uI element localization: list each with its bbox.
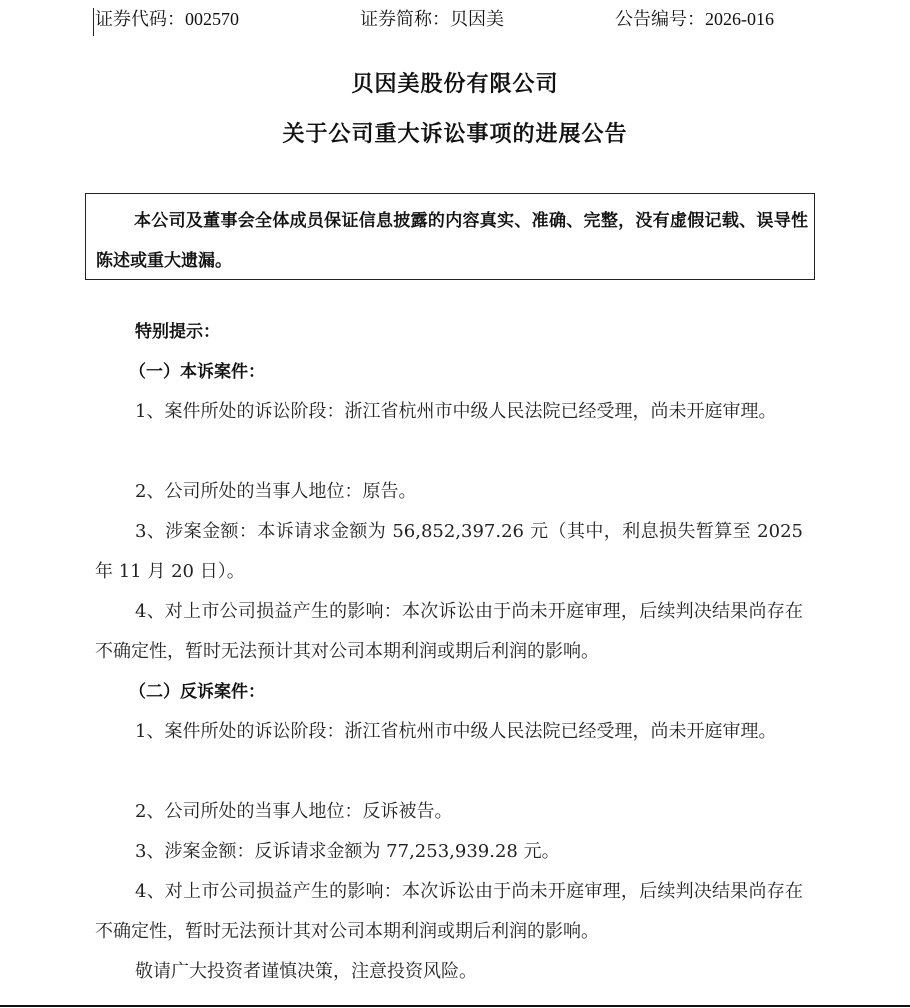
main-suit-item-2: 2、公司所处的当事人地位：原告。 [95,472,803,512]
main-suit-item-4: 4、对上市公司损益产生的影响：本次诉讼由于尚未开庭审理，后续判决结果尚存在不确定… [95,592,803,672]
stock-abbreviation: 证券简称：贝因美 [360,5,504,33]
counterclaim-item-3: 3、涉案金额：反诉请求金额为 77,253,939.28 元。 [95,832,803,872]
text-cursor [93,8,94,36]
disclosure-notice-text: 本公司及董事会全体成员保证信息披露的内容真实、准确、完整，没有虚假记载、误导性陈… [96,201,808,281]
section-heading-counterclaim: （二）反诉案件： [95,672,803,712]
announcement-number: 公告编号：2026-016 [615,5,774,33]
closing-statement: 敬请广大投资者谨慎决策，注意投资风险。 [95,952,803,992]
announcement-title: 关于公司重大诉讼事项的进展公告 [0,117,910,148]
disclosure-notice-box: 本公司及董事会全体成员保证信息披露的内容真实、准确、完整，没有虚假记载、误导性陈… [85,193,815,280]
stock-code: 证券代码：002570 [95,5,239,33]
counterclaim-item-2: 2、公司所处的当事人地位：反诉被告。 [95,792,803,832]
special-note-heading: 特别提示： [95,312,803,352]
company-title: 贝因美股份有限公司 [0,67,910,98]
counterclaim-item-1: 1、案件所处的诉讼阶段：浙江省杭州市中级人民法院已经受理，尚未开庭审理。 [95,712,803,752]
main-suit-item-3: 3、涉案金额：本诉请求金额为 56,852,397.26 元（其中，利息损失暂算… [95,512,803,592]
page-bottom-rule [0,1005,910,1007]
section-heading-main-suit: （一）本诉案件： [95,352,803,392]
document-header: 证券代码：002570 证券简称：贝因美 公告编号：2026-016 [95,5,800,33]
main-suit-item-1: 1、案件所处的诉讼阶段：浙江省杭州市中级人民法院已经受理，尚未开庭审理。 [95,392,803,432]
counterclaim-item-4: 4、对上市公司损益产生的影响：本次诉讼由于尚未开庭审理，后续判决结果尚存在不确定… [95,872,803,952]
